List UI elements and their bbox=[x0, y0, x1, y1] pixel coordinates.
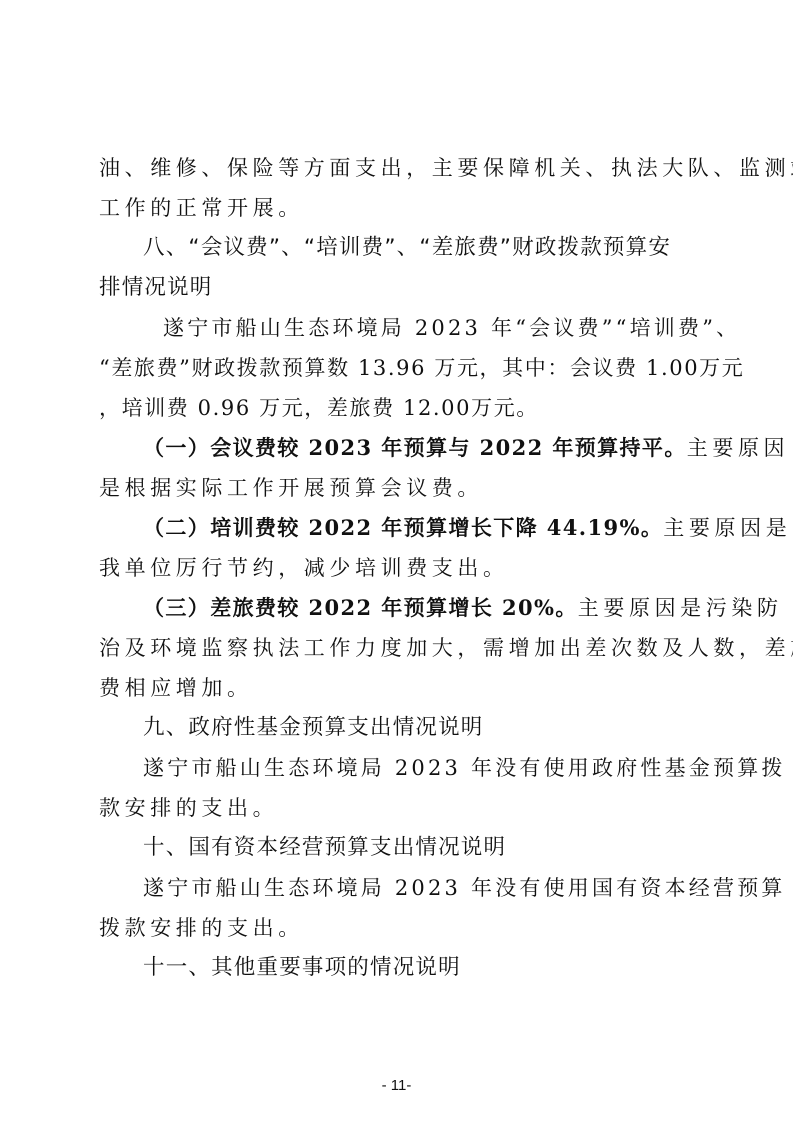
section-heading-10: 十、国有资本经营预算支出情况说明 bbox=[99, 828, 693, 868]
body-text-line: 治及环境监察执法工作力度加大，需增加出差次数及人数，差旅 bbox=[99, 628, 693, 668]
subsection-2-line: （二）培训费较 2022 年预算增长下降 44.19%。主要原因是 bbox=[99, 508, 693, 548]
section-heading-9: 九、政府性基金预算支出情况说明 bbox=[99, 708, 693, 748]
subsection-3-text: 主要原因是污染防 bbox=[578, 596, 783, 620]
body-text-line: ，培训费 0.96 万元，差旅费 12.00万元。 bbox=[99, 388, 693, 428]
body-text-line: 遂宁市船山生态环境局 2023 年没有使用政府性基金预算拨 bbox=[99, 748, 693, 788]
subsection-2-text: 主要原因是 bbox=[663, 516, 791, 540]
subsection-2-bold-lead: （二）培训费较 2022 年预算增长下降 44.19%。 bbox=[143, 515, 663, 540]
body-text-line: 油、维修、保险等方面支出，主要保障机关、执法大队、监测站 bbox=[99, 148, 693, 188]
body-text-line: 我单位厉行节约，减少培训费支出。 bbox=[99, 548, 693, 588]
section-heading-8-cont: 排情况说明 bbox=[99, 268, 693, 308]
subsection-1-text: 主要原因 bbox=[687, 436, 789, 460]
body-text-line: 拨款安排的支出。 bbox=[99, 908, 693, 948]
document-page: 油、维修、保险等方面支出，主要保障机关、执法大队、监测站 工作的正常开展。 八、… bbox=[99, 148, 693, 988]
body-text-line: “差旅费”财政拨款预算数 13.96 万元，其中：会议费 1.00万元 bbox=[99, 348, 693, 388]
subsection-3-bold-lead: （三）差旅费较 2022 年预算增长 20%。 bbox=[143, 595, 578, 620]
body-text-line: 工作的正常开展。 bbox=[99, 188, 693, 228]
subsection-1-bold-lead: （一）会议费较 2023 年预算与 2022 年预算持平。 bbox=[143, 435, 687, 460]
section-heading-11: 十一、其他重要事项的情况说明 bbox=[99, 948, 693, 988]
body-text-line: 费相应增加。 bbox=[99, 668, 693, 708]
body-text-line: 遂宁市船山生态环境局 2023 年没有使用国有资本经营预算 bbox=[99, 868, 693, 908]
subsection-3-line: （三）差旅费较 2022 年预算增长 20%。主要原因是污染防 bbox=[99, 588, 693, 628]
body-text-line: 是根据实际工作开展预算会议费。 bbox=[99, 468, 693, 508]
body-text-line: 遂宁市船山生态环境局 2023 年“会议费”“培训费”、 bbox=[99, 308, 693, 348]
section-heading-8: 八、“会议费”、“培训费”、“差旅费”财政拨款预算安 bbox=[99, 228, 693, 268]
body-text-line: 款安排的支出。 bbox=[99, 788, 693, 828]
subsection-1-line: （一）会议费较 2023 年预算与 2022 年预算持平。主要原因 bbox=[99, 428, 693, 468]
page-number: - 11- bbox=[0, 1077, 793, 1094]
